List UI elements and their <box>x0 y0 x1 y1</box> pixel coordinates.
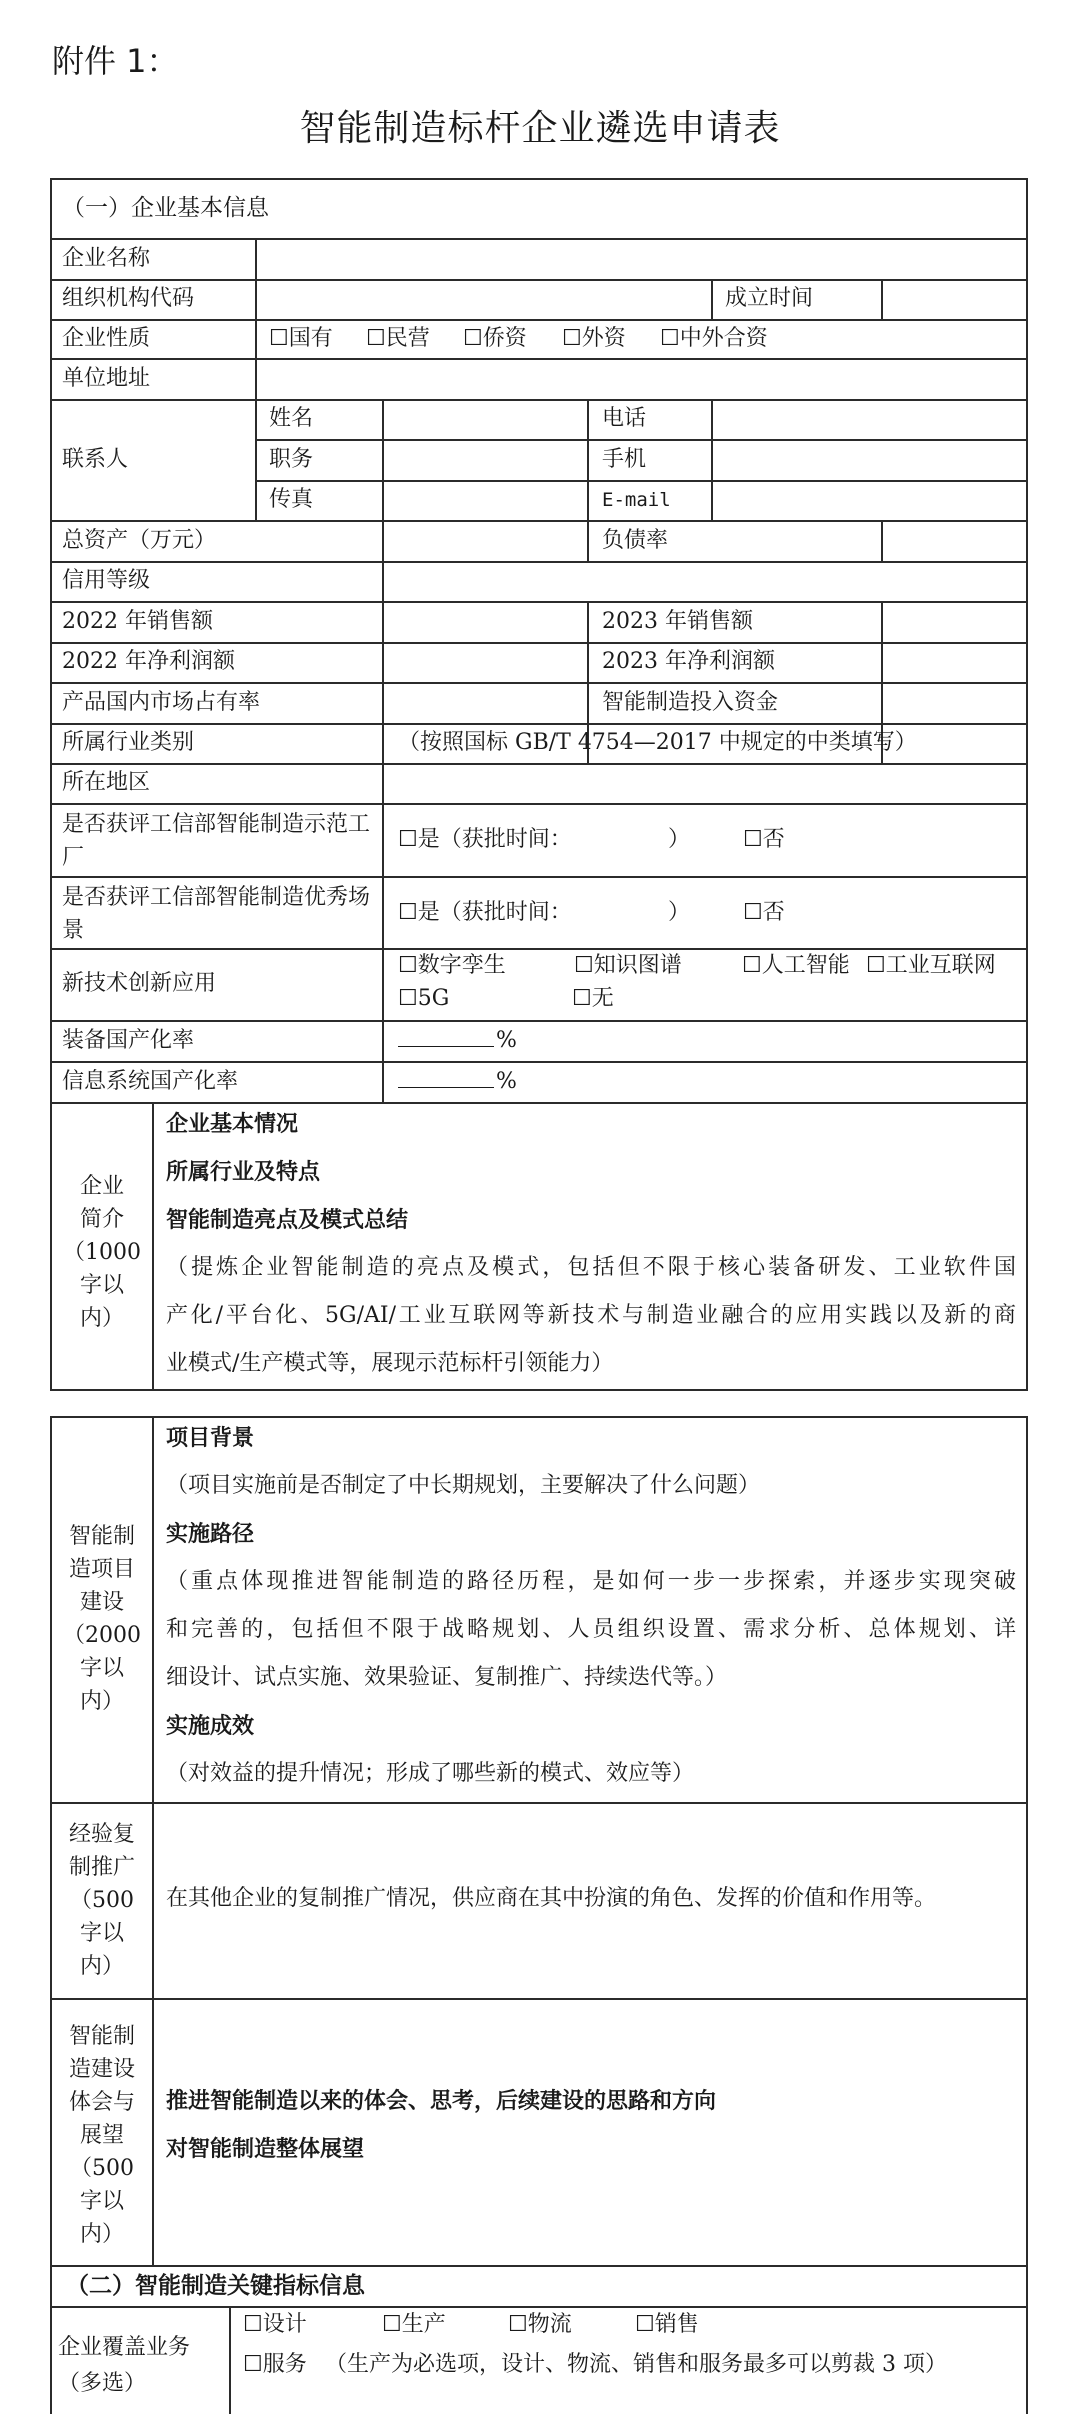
implementation-path-hint: 细设计、试点实施、效果验证、复制推广、持续迭代等。） <box>166 1654 1016 1702</box>
label-infosys-rate: 信息系统国产化率 <box>62 1062 238 1102</box>
checkbox-excellent-scene-yes[interactable]: ☐是（获批时间： <box>398 893 572 933</box>
checkbox-excellent-scene-no[interactable]: ☐否 <box>743 893 785 933</box>
label-mobile: 手机 <box>602 440 646 480</box>
label-contact: 联系人 <box>62 440 128 480</box>
label-project-construction: 智能制 造项目 建设 （2000 字以 内） <box>52 1520 152 1718</box>
credit-rating-field[interactable] <box>385 563 1024 600</box>
email-field[interactable] <box>714 482 1024 519</box>
infosys-rate-blank[interactable] <box>398 1065 494 1088</box>
market-share-field[interactable] <box>385 684 586 722</box>
intro-hint-line: （提炼企业智能制造的亮点及模式，包括但不限于核心装备研发、工业软件国 <box>166 1244 1016 1292</box>
company-name-field[interactable] <box>258 240 1024 278</box>
investment-field[interactable] <box>884 684 1024 722</box>
column-divider <box>152 1102 154 1390</box>
label-industry: 所属行业类别 <box>62 723 194 763</box>
sales-2023-field[interactable] <box>884 603 1024 641</box>
checkbox-knowledge-graph[interactable]: ☐知识图谱 <box>574 950 682 982</box>
row-divider <box>50 803 1027 805</box>
table-border <box>50 178 1027 180</box>
checkbox-ai[interactable]: ☐人工智能 <box>742 950 850 982</box>
column-divider <box>382 520 384 1103</box>
checkbox-foreign[interactable]: ☐外资 <box>562 319 626 359</box>
experience-hint: 在其他企业的复制推广情况，供应商在其中扮演的角色、发挥的价值和作用等。 <box>166 1875 1021 1923</box>
intro-heading-highlights: 智能制造亮点及模式总结 <box>166 1196 1016 1244</box>
label-experience-replication: 经验复 制推广 （500 字以 内） <box>52 1818 152 1983</box>
checkbox-logistics[interactable]: ☐物流 <box>508 2306 572 2344</box>
profit-2022-field[interactable] <box>385 644 586 681</box>
contact-name-field[interactable] <box>385 401 586 438</box>
section-header-key-indicators: （二）智能制造关键指标信息 <box>66 2266 365 2306</box>
excellent-scene-close-paren: ） <box>668 893 690 933</box>
label-company-nature: 企业性质 <box>62 319 150 359</box>
page-title: 智能制造标杆企业遴选申请表 <box>0 100 1080 151</box>
equipment-rate-blank[interactable] <box>398 1024 494 1047</box>
label-org-code: 组织机构代码 <box>62 279 194 319</box>
column-divider <box>711 399 713 521</box>
founded-field[interactable] <box>884 281 1024 318</box>
implementation-path-heading: 实施路径 <box>166 1510 1016 1558</box>
debt-ratio-field[interactable] <box>884 522 1024 560</box>
project-construction-field[interactable]: 项目背景 （项目实施前是否制定了中长期规划，主要解决了什么问题） 实施路径 （重… <box>166 1414 1016 1798</box>
implementation-result-heading: 实施成效 <box>166 1702 1016 1750</box>
checkbox-digital-twin[interactable]: ☐数字孪生 <box>398 950 506 982</box>
row-divider <box>50 1998 1027 2000</box>
outlook-line: 推进智能制造以来的体会、思考，后续建设的思路和方向 <box>166 2077 1016 2125</box>
org-code-field[interactable] <box>258 281 710 318</box>
label-sales-2022: 2022 年销售额 <box>62 602 213 642</box>
label-total-assets: 总资产（万元） <box>62 521 216 561</box>
label-position: 职务 <box>269 440 313 480</box>
column-divider <box>587 520 589 562</box>
label-equipment-rate: 装备国产化率 <box>62 1021 194 1061</box>
label-new-tech: 新技术创新应用 <box>62 964 216 1004</box>
project-background-heading: 项目背景 <box>166 1414 1016 1462</box>
label-company-intro: 企业 简介 （1000 字以 内） <box>52 1170 152 1335</box>
table-border <box>1026 1416 1028 2414</box>
project-background-hint: （项目实施前是否制定了中长期规划，主要解决了什么问题） <box>166 1462 1016 1510</box>
label-market-share: 产品国内市场占有率 <box>62 683 260 723</box>
phone-field[interactable] <box>714 401 1024 438</box>
column-divider <box>587 399 589 521</box>
checkbox-industrial-internet[interactable]: ☐工业互联网 <box>866 950 996 982</box>
business-coverage-label: 企业覆盖业务 <box>58 2330 190 2366</box>
checkbox-private[interactable]: ☐民营 <box>366 319 430 359</box>
address-field[interactable] <box>258 360 1024 398</box>
sales-2022-field[interactable] <box>385 603 586 641</box>
label-excellent-scene: 是否获评工信部智能制造优秀场景 <box>62 881 378 947</box>
checkbox-state-owned[interactable]: ☐国有 <box>269 319 333 359</box>
checkbox-design[interactable]: ☐设计 <box>243 2306 307 2344</box>
checkbox-5g[interactable]: ☐5G <box>398 983 449 1015</box>
label-email: E-mail <box>602 480 671 520</box>
label-profit-2023: 2023 年净利润额 <box>602 642 775 682</box>
label-experience-outlook: 智能制 造建设 体会与 展望 （500 字以 内） <box>52 2020 152 2251</box>
implementation-path-hint: （重点体现推进智能制造的路径历程，是如何一步一步探索，并逐步实现突破 <box>166 1558 1016 1606</box>
intro-heading-basic: 企业基本情况 <box>166 1100 1016 1148</box>
column-divider <box>229 2306 231 2414</box>
position-field[interactable] <box>385 441 586 479</box>
attachment-label: 附件 1： <box>52 36 179 82</box>
percent-sign: % <box>496 1069 517 1094</box>
section-header-basic-info: （一）企业基本信息 <box>62 188 269 228</box>
column-divider <box>711 279 713 320</box>
label-profit-2022: 2022 年净利润额 <box>62 642 235 682</box>
label-phone: 电话 <box>602 399 646 439</box>
checkbox-demo-factory-yes[interactable]: ☐是（获批时间： <box>398 820 572 860</box>
checkbox-demo-factory-no[interactable]: ☐否 <box>743 820 785 860</box>
label-credit-rating: 信用等级 <box>62 561 150 601</box>
demo-factory-close-paren: ） <box>668 820 690 860</box>
industry-hint[interactable]: （按照国标 GB/T 4754—2017 中规定的中类填写） <box>398 723 917 763</box>
label-business-coverage: 企业覆盖业务 （多选） <box>58 2330 190 2402</box>
intro-heading-industry: 所属行业及特点 <box>166 1148 1016 1196</box>
percent-sign: % <box>496 1028 517 1053</box>
label-demo-factory: 是否获评工信部智能制造示范工厂 <box>62 808 378 874</box>
row-divider <box>50 1802 1027 1804</box>
column-divider <box>881 520 883 562</box>
outlook-line: 对智能制造整体展望 <box>166 2125 1016 2173</box>
table-border <box>1026 178 1028 1391</box>
column-divider <box>382 399 384 521</box>
business-coverage-note: （生产为必选项，设计、物流、销售和服务最多可以剪裁 3 项） <box>325 2346 947 2384</box>
implementation-path-hint: 和完善的，包括但不限于战略规划、人员组织设置、需求分析、总体规划、详 <box>166 1606 1016 1654</box>
region-field[interactable] <box>385 765 1024 802</box>
column-divider <box>255 238 257 521</box>
infosys-rate-field[interactable]: % <box>398 1062 517 1102</box>
label-founded: 成立时间 <box>725 279 813 319</box>
column-divider <box>152 1416 154 2266</box>
label-sales-2023: 2023 年销售额 <box>602 602 753 642</box>
row-divider <box>50 1020 1027 1022</box>
business-coverage-multi: （多选） <box>58 2366 190 2402</box>
intro-hint-line: 产化/平台化、5G/AI/工业互联网等新技术与制造业融合的应用实践以及新的商 <box>166 1292 1016 1340</box>
implementation-result-hint: （对效益的提升情况；形成了哪些新的模式、效应等） <box>166 1750 1016 1798</box>
profit-2023-field[interactable] <box>884 644 1024 681</box>
checkbox-sales[interactable]: ☐销售 <box>635 2306 699 2344</box>
checkbox-overseas-chinese[interactable]: ☐侨资 <box>463 319 527 359</box>
column-divider <box>881 279 883 320</box>
checkbox-none[interactable]: ☐无 <box>572 983 614 1015</box>
mobile-field[interactable] <box>714 441 1024 479</box>
equipment-rate-field[interactable]: % <box>398 1021 517 1061</box>
experience-outlook-field[interactable]: 推进智能制造以来的体会、思考，后续建设的思路和方向 对智能制造整体展望 <box>166 2077 1016 2173</box>
label-investment: 智能制造投入资金 <box>602 683 778 723</box>
checkbox-production[interactable]: ☐生产 <box>382 2306 446 2344</box>
label-region: 所在地区 <box>62 763 150 803</box>
company-intro-field[interactable]: 企业基本情况 所属行业及特点 智能制造亮点及模式总结 （提炼企业智能制造的亮点及… <box>166 1100 1016 1388</box>
table-border <box>50 1389 1027 1391</box>
label-fax: 传真 <box>269 480 313 520</box>
checkbox-joint-venture[interactable]: ☐中外合资 <box>660 319 768 359</box>
label-debt-ratio: 负债率 <box>602 521 668 561</box>
fax-field[interactable] <box>385 482 586 519</box>
intro-hint-line: 业模式/生产模式等，展现示范标杆引领能力） <box>166 1340 1016 1388</box>
experience-replication-field[interactable]: 在其他企业的复制推广情况，供应商在其中扮演的角色、发挥的价值和作用等。 <box>166 1875 1021 1923</box>
label-contact-name: 姓名 <box>269 399 313 439</box>
label-company-name: 企业名称 <box>62 239 150 279</box>
total-assets-field[interactable] <box>385 522 586 560</box>
row-divider <box>50 876 1027 878</box>
label-address: 单位地址 <box>62 359 150 399</box>
checkbox-service[interactable]: ☐服务 <box>243 2346 307 2384</box>
